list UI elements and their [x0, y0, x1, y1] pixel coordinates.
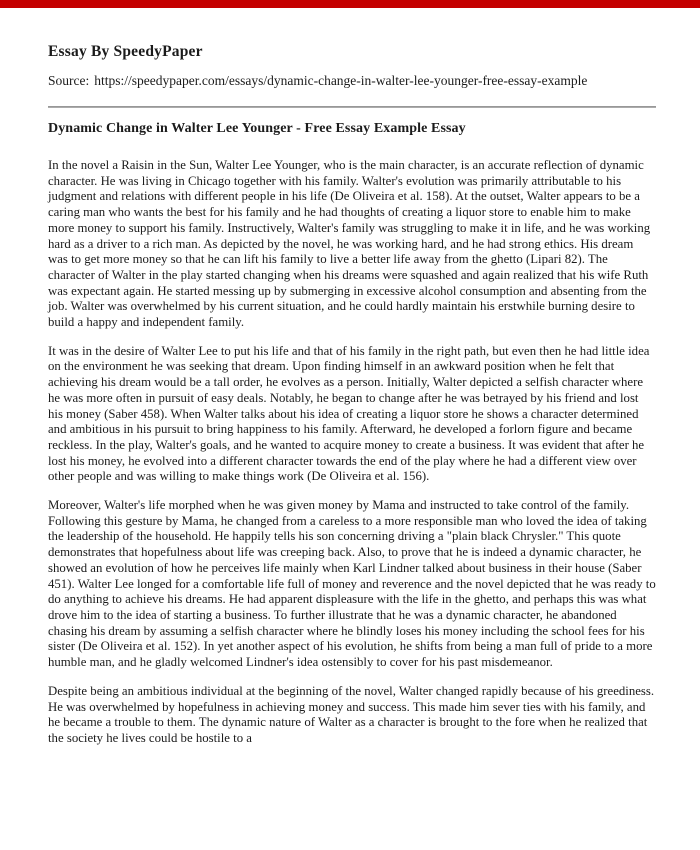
essay-paragraph: Despite being an ambitious individual at… [48, 684, 656, 747]
essay-body: In the novel a Raisin in the Sun, Walter… [48, 158, 656, 747]
document-page: Essay By SpeedyPaper Source:https://spee… [0, 8, 700, 747]
divider-rule [48, 106, 656, 108]
source-label: Source: [48, 73, 89, 88]
source-url[interactable]: https://speedypaper.com/essays/dynamic-c… [94, 73, 587, 88]
top-accent-bar [0, 0, 700, 8]
essay-paragraph: It was in the desire of Walter Lee to pu… [48, 344, 656, 485]
essay-paragraph: In the novel a Raisin in the Sun, Walter… [48, 158, 656, 331]
essay-title: Dynamic Change in Walter Lee Younger - F… [48, 120, 656, 138]
essay-paragraph: Moreover, Walter's life morphed when he … [48, 498, 656, 671]
source-line: Source:https://speedypaper.com/essays/dy… [48, 72, 656, 90]
essay-byline: Essay By SpeedyPaper [48, 42, 656, 62]
